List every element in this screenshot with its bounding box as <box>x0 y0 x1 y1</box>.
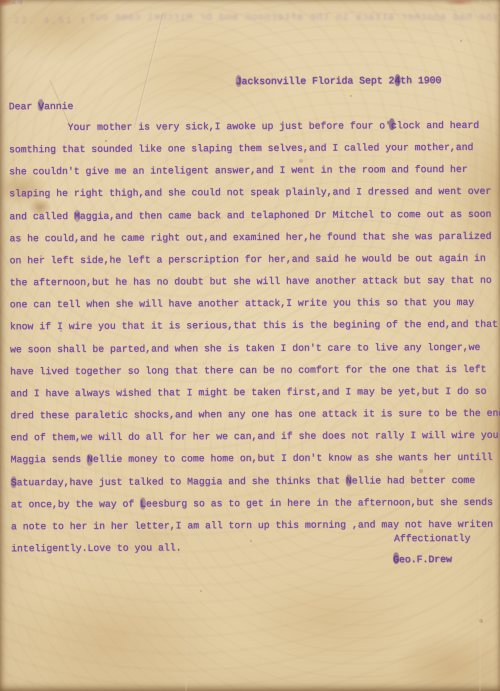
letter-line: the afternoon,but he has no doubt but sh… <box>10 270 500 295</box>
letter-line: Satuarday,have just talked to Maggia and… <box>11 469 500 494</box>
ink-blots <box>389 118 395 130</box>
letter-line: somthing that sounded like one slaping t… <box>9 137 500 162</box>
letter-line: slaping he right thigh,and she could not… <box>9 181 500 206</box>
letter-line: end of them,we will do all for her we ca… <box>10 425 500 450</box>
letter-line: know if I wire you that it is serious,th… <box>10 314 500 339</box>
letter-salutation: Dear Vannie <box>9 96 74 118</box>
letter-body: Your mother is very sick,I awoke up just… <box>9 115 500 561</box>
letter-line: Your mother is very sick,I awoke up just… <box>9 115 500 140</box>
letter-line: as he could,and he came right out,and ex… <box>9 225 500 250</box>
letter-closing: Affectionatly <box>394 528 471 551</box>
letter-line: have lived together so long that there c… <box>10 358 500 383</box>
letter-line: she couldn't give me an inteligent answe… <box>9 159 500 184</box>
letter-page: she had another attack in the afternoon … <box>0 0 500 691</box>
letter-dateline: Jacksonville Florida Sept 24th 1900 <box>236 70 442 93</box>
letter-line: we soon shall be parted,and when she is … <box>10 336 500 361</box>
letter-line: and I have always wished that I might be… <box>10 381 500 406</box>
letter-text: Jacksonville Florida Sept 24th 1900 Dear… <box>0 0 500 691</box>
letter-line: on her left side,he left a perscription … <box>9 248 500 273</box>
letter-line: dred these paraletic shocks,and when any… <box>10 403 500 428</box>
letter-line: at once,by the way of Leesburg so as to … <box>11 491 500 516</box>
letter-signature: Geo.F.Drew <box>393 549 452 571</box>
letter-line: and called Maggia,and then came back and… <box>9 203 500 228</box>
letter-line: one can tell when she will have another … <box>10 292 500 317</box>
letter-line: Maggia sends Nellie money to come home o… <box>11 447 500 472</box>
